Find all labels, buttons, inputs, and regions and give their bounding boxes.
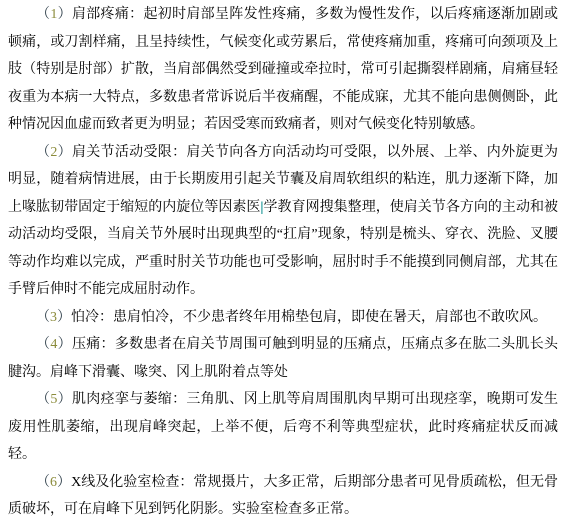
item-digit: 6 xyxy=(50,475,57,490)
paren-open: （ xyxy=(36,7,50,22)
paren-open: （ xyxy=(36,475,50,490)
paragraph-text: 肌肉痉挛与萎缩：三角肌、冈上肌等肩周围肌肉早期可出现痉挛，晚期可发生废用性肌萎缩… xyxy=(8,392,558,462)
paragraph-text: X线及化验室检查：常规摄片，大多正常，后期部分患者可见骨质疏松，但无骨质破坏，可… xyxy=(8,475,558,518)
item-number-3: （3） xyxy=(36,310,71,325)
paragraph-tenderness: （4）压痛：多数患者在肩关节周围可触到明显的压痛点，压痛点多在肱二头肌长头腱沟。… xyxy=(8,331,558,386)
paren-open: （ xyxy=(36,337,50,352)
paren-open: （ xyxy=(36,310,50,325)
paragraph-shoulder-pain: （1）肩部疼痛：起初时肩部呈阵发性疼痛，多数为慢性发作，以后疼痛逐渐加剧或顿痛，… xyxy=(8,1,558,139)
paragraph-text: 压痛：多数患者在肩关节周围可触到明显的压痛点，压痛点多在肱二头肌长头腱沟。肩峰下… xyxy=(8,337,558,380)
paragraph-xray-lab-exam: （6）X线及化验室检查：常规摄片，大多正常，后期部分患者可见骨质疏松，但无骨质破… xyxy=(8,469,558,523)
paragraph-text: 怕冷：患肩怕冷，不少患者终年用棉垫包肩，即使在暑天，肩部也不敢吹风。 xyxy=(71,310,547,325)
paragraph-joint-motion-limit: （2）肩关节活动受限：肩关节向各方向活动均可受限，以外展、上举、内外旋更为明显，… xyxy=(8,139,558,304)
paren-close: ） xyxy=(57,145,72,160)
article-body: （1）肩部疼痛：起初时肩部呈阵发性疼痛，多数为慢性发作，以后疼痛逐渐加剧或顿痛，… xyxy=(0,0,567,523)
paren-close: ） xyxy=(57,310,71,325)
paren-open: （ xyxy=(36,145,50,160)
item-number-2: （2） xyxy=(36,145,72,160)
paren-close: ） xyxy=(57,475,71,490)
paragraph-muscle-spasm-atrophy: （5）肌肉痉挛与萎缩：三角肌、冈上肌等肩周围肌肉早期可出现痉挛，晚期可发生废用性… xyxy=(8,386,558,469)
paragraph-cold-intolerance: （3）怕冷：患肩怕冷，不少患者终年用棉垫包肩，即使在暑天，肩部也不敢吹风。 xyxy=(8,304,558,332)
paren-close: ） xyxy=(57,337,72,352)
item-number-4: （4） xyxy=(36,337,72,352)
item-number-5: （5） xyxy=(36,392,72,407)
paren-close: ） xyxy=(57,7,72,22)
item-number-1: （1） xyxy=(36,7,72,22)
item-number-6: （6） xyxy=(36,475,71,490)
item-digit: 3 xyxy=(50,310,57,325)
paren-close: ） xyxy=(57,392,72,407)
paragraph-text: 肩部疼痛：起初时肩部呈阵发性疼痛，多数为慢性发作，以后疼痛逐渐加剧或顿痛，或刀割… xyxy=(8,7,558,132)
paren-open: （ xyxy=(36,392,50,407)
